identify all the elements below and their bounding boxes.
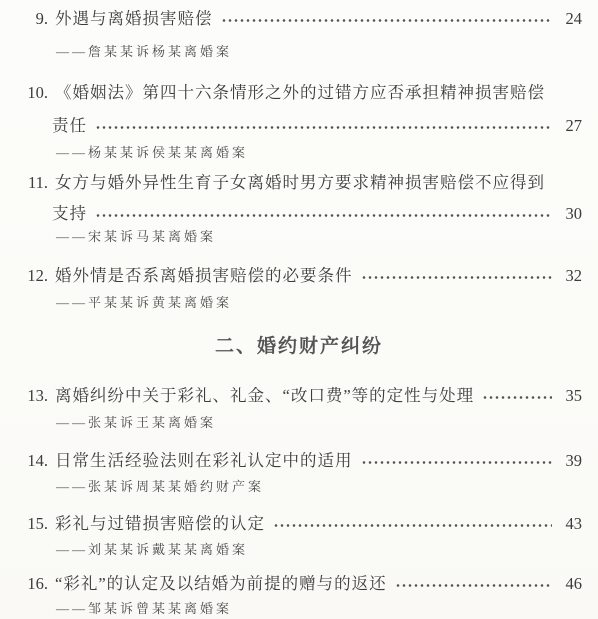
toc-entry-13-case: ——张某诉王某离婚案: [56, 415, 582, 431]
section-heading: 二、婚约财产纠纷: [0, 334, 598, 360]
entry-number: 14.: [22, 451, 48, 471]
entry-number: 12.: [22, 266, 48, 286]
toc-entry-10-title-row-2: 责任 27: [52, 116, 582, 136]
dot-leader: [361, 460, 553, 465]
toc-entry-11-title-row-2: 支持 30: [52, 204, 582, 224]
toc-entry-14-case: ——张某诉周某某婚约财产案: [56, 479, 582, 495]
entry-number: 9.: [22, 9, 48, 29]
toc-entry-15-title-row: 15. 彩礼与过错损害赔偿的认定 43: [22, 514, 582, 534]
page-number: 24: [560, 9, 582, 29]
entry-title: 彩礼与过错损害赔偿的认定: [55, 514, 265, 534]
entry-title: 日常生活经验法则在彩礼认定中的适用: [55, 451, 353, 471]
toc-entry-10-title-row: 10. 《婚姻法》第四十六条情形之外的过错方应否承担精神损害赔偿: [22, 83, 582, 103]
page-number: 43: [560, 514, 582, 534]
entry-title: “彩礼”的认定及以结婚为前提的赠与的返还: [55, 574, 387, 594]
dot-leader: [395, 583, 552, 588]
entry-title-continuation: 责任: [52, 116, 87, 136]
toc-entry-11-case: ——宋某诉马某离婚案: [56, 229, 582, 245]
page-number: 39: [560, 451, 582, 471]
dot-leader: [482, 395, 552, 400]
dot-leader: [95, 125, 552, 130]
entry-number: 11.: [22, 173, 48, 193]
page-number: 46: [560, 574, 582, 594]
toc-entry-15-case: ——刘某某诉戴某某离婚案: [56, 542, 582, 558]
toc-entry-11-title-row: 11. 女方与婚外异性生育子女离婚时男方要求精神损害赔偿不应得到: [22, 173, 582, 193]
toc-entry-12-case: ——平某某诉黄某离婚案: [56, 295, 582, 311]
entry-title: 外遇与离婚损害赔偿: [55, 9, 213, 29]
entry-title: 婚外情是否系离婚损害赔偿的必要条件: [55, 266, 353, 286]
dot-leader: [95, 213, 552, 218]
entry-number: 10.: [22, 83, 48, 103]
entry-number: 15.: [22, 514, 48, 534]
page-number: 32: [560, 266, 582, 286]
entry-number: 16.: [22, 574, 48, 594]
toc-entry-16-title-row: 16. “彩礼”的认定及以结婚为前提的赠与的返还 46: [22, 574, 582, 594]
toc-page: 9. 外遇与离婚损害赔偿 24 ——詹某某诉杨某离婚案 10. 《婚姻法》第四十…: [0, 0, 598, 619]
entry-number: 13.: [22, 386, 48, 406]
toc-entry-16-case: ——邹某诉曾某某离婚案: [56, 601, 582, 617]
toc-entry-9-title-row: 9. 外遇与离婚损害赔偿 24: [22, 9, 582, 29]
toc-entry-10-case: ——杨某某诉侯某某离婚案: [56, 145, 582, 161]
entry-title-continuation: 支持: [52, 204, 87, 224]
entry-title: 《婚姻法》第四十六条情形之外的过错方应否承担精神损害赔偿: [55, 83, 545, 103]
entry-title: 离婚纠纷中关于彩礼、礼金、“改口费”等的定性与处理: [55, 386, 474, 406]
page-number: 35: [560, 386, 582, 406]
page-number: 30: [560, 204, 582, 224]
toc-entry-13-title-row: 13. 离婚纠纷中关于彩礼、礼金、“改口费”等的定性与处理 35: [22, 386, 582, 406]
toc-entry-12-title-row: 12. 婚外情是否系离婚损害赔偿的必要条件 32: [22, 266, 582, 286]
entry-title: 女方与婚外异性生育子女离婚时男方要求精神损害赔偿不应得到: [55, 173, 545, 193]
dot-leader: [221, 18, 553, 23]
page-number: 27: [560, 116, 582, 136]
dot-leader: [273, 523, 552, 528]
dot-leader: [361, 275, 553, 280]
toc-entry-14-title-row: 14. 日常生活经验法则在彩礼认定中的适用 39: [22, 451, 582, 471]
toc-entry-9-case: ——詹某某诉杨某离婚案: [56, 44, 582, 60]
